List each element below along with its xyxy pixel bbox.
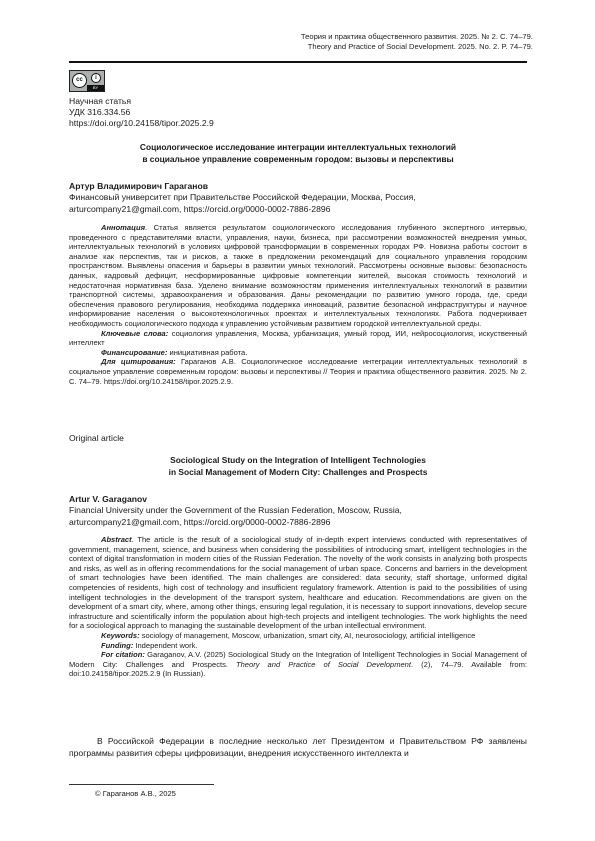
- author-name: Artur V. Garaganov: [69, 494, 529, 505]
- original-article-label: Original article: [69, 433, 124, 443]
- keywords: Keywords: sociology of management, Mosco…: [69, 631, 527, 641]
- author-contacts[interactable]: arturcompany21@gmail.com, https://orcid.…: [69, 517, 529, 528]
- abstract-label: Abstract: [101, 535, 132, 544]
- citation-label: Для цитирования:: [101, 357, 176, 366]
- author-name: Артур Владимирович Гараганов: [69, 181, 529, 192]
- article-title-en: Sociological Study on the Integration of…: [69, 455, 527, 478]
- citation-label: For citation:: [101, 650, 145, 659]
- funding: Funding: Independent work.: [69, 641, 527, 651]
- citation: Для цитирования: Гараганов А.В. Социолог…: [69, 357, 527, 386]
- author-block-en: Artur V. Garaganov Financial University …: [69, 494, 529, 528]
- body-text: В Российской Федерации в последние неско…: [69, 735, 527, 759]
- running-head-en: Theory and Practice of Social Developmen…: [301, 42, 533, 52]
- keywords-text: sociology of management, Moscow, urbaniz…: [140, 631, 476, 640]
- funding: Финансирование: инициативная работа.: [69, 348, 527, 358]
- keywords-label: Keywords:: [101, 631, 140, 640]
- author-affiliation: Financial University under the Governmen…: [69, 505, 529, 516]
- udc-code: УДК 316.334.56: [69, 107, 214, 118]
- cc-by-license-badge[interactable]: cc i BY: [69, 70, 105, 92]
- title-line: в социальное управление современным горо…: [69, 154, 527, 166]
- doi-link[interactable]: https://doi.org/10.24158/tipor.2025.2.9: [69, 118, 214, 129]
- cc-icon: cc: [72, 73, 87, 88]
- attribution-person-icon: i: [91, 73, 101, 83]
- article-title-ru: Социологическое исследование интеграции …: [69, 142, 527, 165]
- abstract-block-en: Abstract. The article is the result of a…: [69, 535, 527, 679]
- abstract-text: . The article is the result of a sociolo…: [69, 535, 527, 630]
- by-label: BY: [87, 85, 104, 91]
- copyright-note: © Гараганов А.В., 2025: [95, 789, 176, 798]
- funding-text: Independent work.: [133, 641, 197, 650]
- author-block-ru: Артур Владимирович Гараганов Финансовый …: [69, 181, 529, 215]
- running-head-ru: Теория и практика общественного развития…: [301, 32, 533, 42]
- abstract: Аннотация. Статья является результатом с…: [69, 223, 527, 329]
- keywords-label: Ключевые слова:: [101, 329, 168, 338]
- abstract-text: . Статья является результатом социологич…: [69, 223, 527, 328]
- abstract: Abstract. The article is the result of a…: [69, 535, 527, 631]
- body-paragraph: В Российской Федерации в последние неско…: [69, 735, 527, 759]
- header-rule: [69, 61, 527, 63]
- abstract-block-ru: Аннотация. Статья является результатом с…: [69, 223, 527, 386]
- article-page: Теория и практика общественного развития…: [0, 0, 595, 841]
- footnote-rule: [69, 784, 214, 785]
- funding-label: Финансирование:: [101, 348, 167, 357]
- citation: For citation: Garaganov, A.V. (2025) Soc…: [69, 650, 527, 679]
- citation-journal: Theory and Practice of Social Developmen…: [236, 660, 411, 669]
- running-head: Теория и практика общественного развития…: [301, 32, 533, 52]
- author-contacts[interactable]: arturcompany21@gmail.com, https://orcid.…: [69, 204, 529, 215]
- funding-label: Funding:: [101, 641, 133, 650]
- article-type: Научная статья: [69, 96, 214, 107]
- title-line: Социологическое исследование интеграции …: [69, 142, 527, 154]
- title-line: in Social Management of Modern City: Cha…: [69, 467, 527, 479]
- article-meta: Научная статья УДК 316.334.56 https://do…: [69, 96, 214, 129]
- keywords: Ключевые слова: социология управления, М…: [69, 329, 527, 348]
- author-affiliation: Финансовый университет при Правительстве…: [69, 192, 529, 203]
- funding-text: инициативная работа.: [167, 348, 247, 357]
- abstract-label: Аннотация: [101, 223, 145, 232]
- title-line: Sociological Study on the Integration of…: [69, 455, 527, 467]
